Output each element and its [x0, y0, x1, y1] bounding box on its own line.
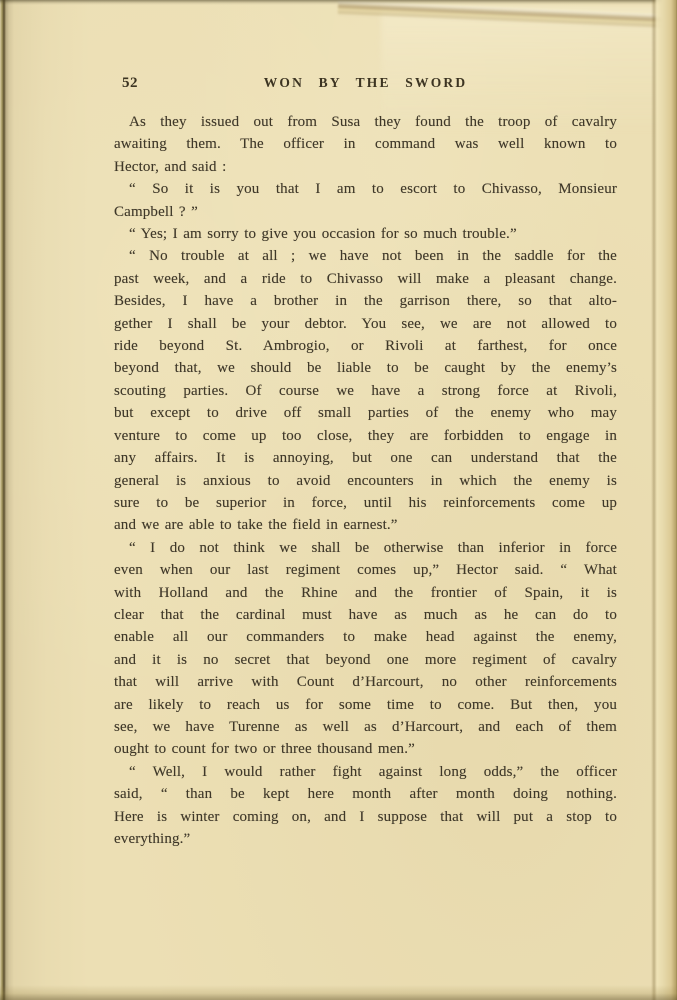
- text-line: past week, and a ride to Chivasso will m…: [114, 268, 617, 290]
- text-line: but except to drive off small parties of…: [114, 402, 617, 424]
- text-line: that will arrive with Count d’Harcourt, …: [114, 671, 617, 693]
- text-line: sure to be superior in force, until his …: [114, 492, 617, 514]
- text-line: “ No trouble at all ; we have not been i…: [114, 245, 617, 267]
- page-header: 52 WON BY THE SWORD: [114, 75, 617, 95]
- text-line: Campbell ? ”: [114, 201, 617, 223]
- page-bottom-edge: [0, 985, 677, 1000]
- text-line: “ I do not think we shall be otherwise t…: [114, 537, 617, 559]
- text-line: are likely to reach us for some time to …: [114, 694, 617, 716]
- text-line: said, “ than be kept here month after mo…: [114, 783, 617, 805]
- text-line: “ So it is you that I am to escort to Ch…: [114, 178, 617, 200]
- page-right-edge: [651, 0, 677, 1000]
- text-line: awaiting them. The officer in command wa…: [114, 133, 617, 155]
- text-line: Besides, I have a brother in the garriso…: [114, 290, 617, 312]
- text-line: “ Well, I would rather fight against lon…: [114, 761, 617, 783]
- text-line: As they issued out from Susa they found …: [114, 111, 617, 133]
- text-line: even when our last regiment comes up,” H…: [114, 559, 617, 581]
- text-line: gether I shall be your debtor. You see, …: [114, 313, 617, 335]
- text-line: scouting parties. Of course we have a st…: [114, 380, 617, 402]
- text-line: see, we have Turenne as well as d’Harcou…: [114, 716, 617, 738]
- page-top-edge: [0, 0, 677, 5]
- text-line: and we are able to take the field in ear…: [114, 514, 617, 536]
- text-line: and it is no secret that beyond one more…: [114, 649, 617, 671]
- page-number: 52: [122, 75, 138, 92]
- text-line: Here is winter coming on, and I suppose …: [114, 806, 617, 828]
- text-line: clear that the cardinal must have as muc…: [114, 604, 617, 626]
- text-line: beyond that, we should be liable to be c…: [114, 357, 617, 379]
- text-line: “ Yes; I am sorry to give you occasion f…: [114, 223, 617, 245]
- text-line: everything.”: [114, 828, 617, 850]
- text-line: enable all our commanders to make head a…: [114, 626, 617, 648]
- running-title: WON BY THE SWORD: [114, 75, 617, 91]
- text-line: venture to come up too close, they are f…: [114, 425, 617, 447]
- binding-left-edge: [0, 0, 14, 1000]
- text-line: ought to count for two or three thousand…: [114, 738, 617, 760]
- book-page-scan: 52 WON BY THE SWORD As they issued out f…: [0, 0, 677, 1000]
- text-line: general is anxious to avoid encounters i…: [114, 470, 617, 492]
- text-line: Hector, and said :: [114, 156, 617, 178]
- text-line: with Holland and the Rhine and the front…: [114, 582, 617, 604]
- text-line: ride beyond St. Ambrogio, or Rivoli at f…: [114, 335, 617, 357]
- text-block: As they issued out from Susa they found …: [114, 111, 617, 850]
- text-line: any affairs. It is annoying, but one can…: [114, 447, 617, 469]
